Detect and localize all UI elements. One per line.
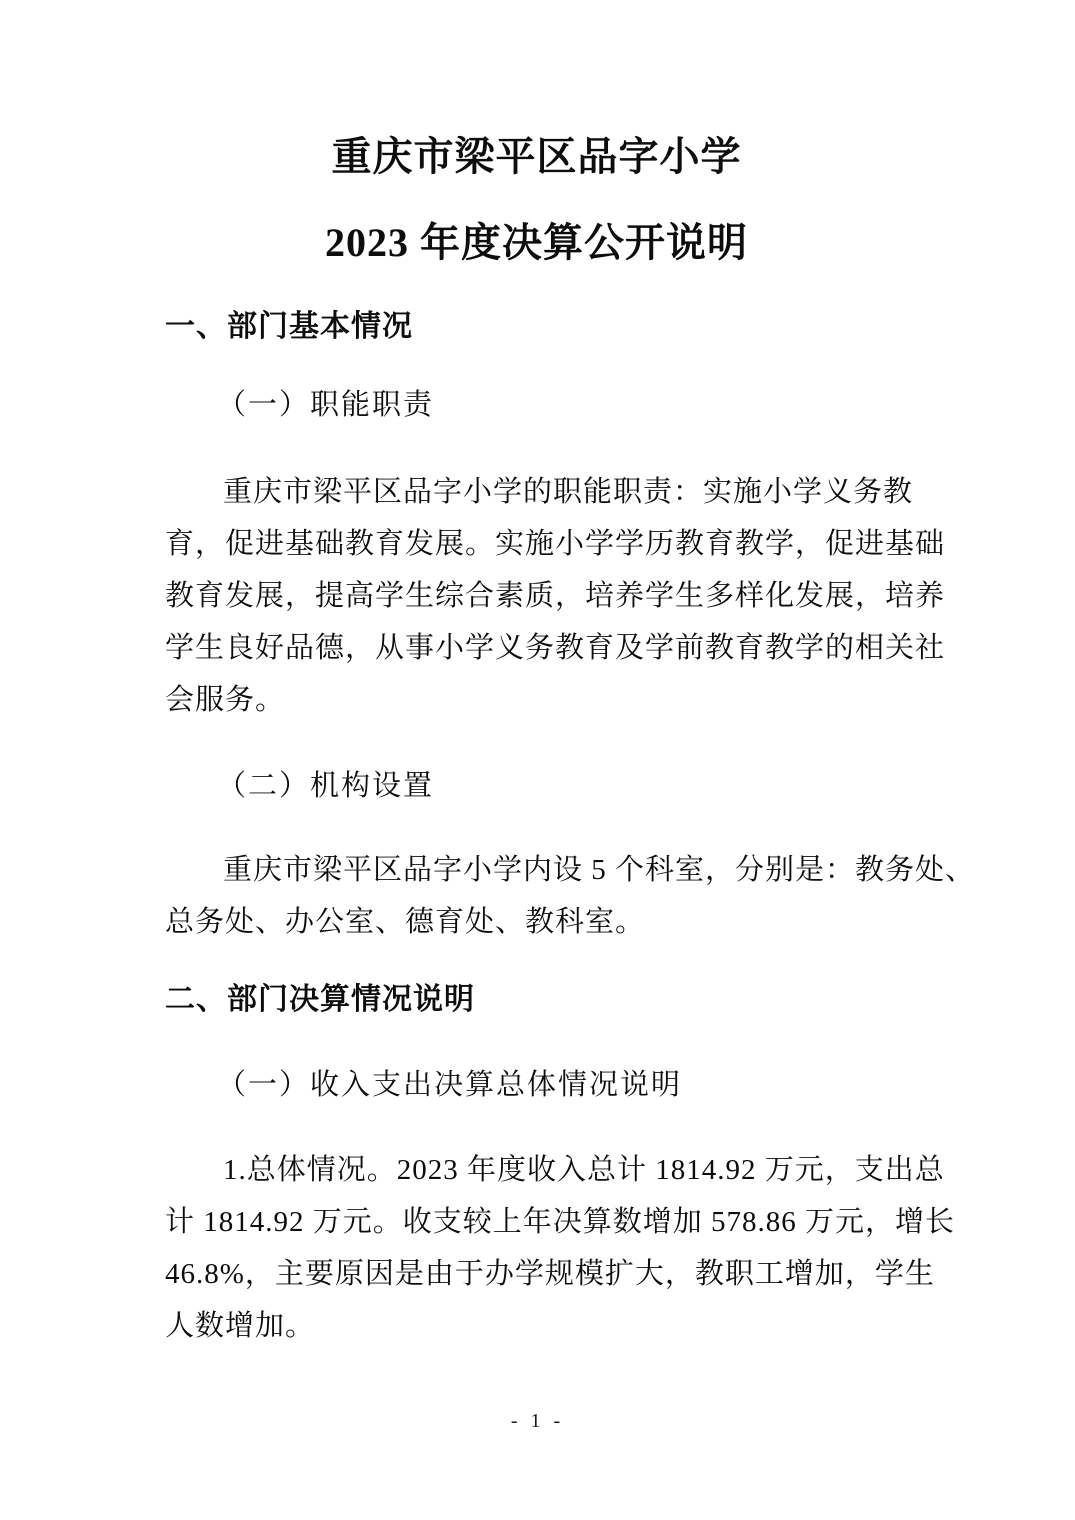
text-line: 会服务。 [165, 674, 908, 726]
subsection-heading-income-expenditure: （一）收入支出决算总体情况说明 [217, 1065, 908, 1105]
text-line: 46.8%，主要原因是由于办学规模扩大，教职工增加，学生 [165, 1248, 908, 1300]
paragraph-organization: 重庆市梁平区品字小学内设 5 个科室，分别是：教务处、 总务处、办公室、德育处、… [165, 844, 908, 948]
document-title: 重庆市梁平区品字小学 [165, 130, 908, 184]
page-number: - 1 - [0, 1410, 1075, 1433]
section-heading-final-accounts: 二、部门决算情况说明 [165, 980, 908, 1020]
text-line: 重庆市梁平区品字小学内设 5 个科室，分别是：教务处、 [165, 844, 908, 896]
paragraph-duties: 重庆市梁平区品字小学的职能职责：实施小学义务教 育，促进基础教育发展。实施小学学… [165, 466, 908, 726]
document-page: 重庆市梁平区品字小学 2023 年度决算公开说明 一、部门基本情况 （一）职能职… [0, 0, 1075, 1520]
subsection-heading-organization: （二）机构设置 [217, 766, 908, 806]
text-line: 人数增加。 [165, 1300, 908, 1352]
text-line: 总务处、办公室、德育处、教科室。 [165, 896, 908, 948]
text-line: 学生良好品德，从事小学义务教育及学前教育教学的相关社 [165, 622, 908, 674]
text-line: 计 1814.92 万元。收支较上年决算数增加 578.86 万元，增长 [165, 1196, 908, 1248]
document-subtitle: 2023 年度决算公开说明 [165, 216, 908, 270]
section-heading-basic-info: 一、部门基本情况 [165, 307, 908, 347]
text-line: 育，促进基础教育发展。实施小学学历教育教学，促进基础 [165, 518, 908, 570]
paragraph-overall-situation: 1.总体情况。2023 年度收入总计 1814.92 万元，支出总 计 1814… [165, 1144, 908, 1352]
text-line: 1.总体情况。2023 年度收入总计 1814.92 万元，支出总 [165, 1144, 908, 1196]
text-line: 重庆市梁平区品字小学的职能职责：实施小学义务教 [165, 466, 908, 518]
subsection-heading-duties: （一）职能职责 [217, 385, 908, 425]
text-line: 教育发展，提高学生综合素质，培养学生多样化发展，培养 [165, 570, 908, 622]
